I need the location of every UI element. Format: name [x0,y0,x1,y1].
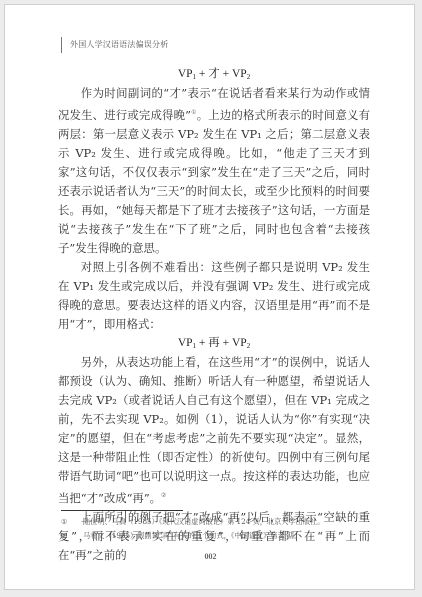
page-number: 002 [5,552,416,561]
footnote-1: ①陆俭明、马真（1985）《现代汉语虚词散论》第 124 页，北京大学出版社。 [61,515,381,529]
running-header: 外国人学汉语语法偏误分析 [61,37,168,53]
footnote-ref-2[interactable]: ② [161,492,166,499]
paragraph-3: 另外，从表达功能上看，在这些用“才”的误例中，说话人都预设（认为、确知、推断）听… [58,353,370,508]
footnote-2: ②马希文（1985）跟副词“再”有关的几个句式，《中国语文》第 2 期。 [61,529,381,543]
footnote-mark: ② [61,529,83,543]
document-page: 外国人学汉语语法偏误分析 VP1 + 才 + VP2 作为时间副词的“才”表示“… [4,4,415,590]
footnotes: ①陆俭明、马真（1985）《现代汉语虚词散论》第 124 页，北京大学出版社。 … [61,515,381,543]
body-text: VP1 + 才 + VP2 作为时间副词的“才”表示“在说话者看来某行为动作或情… [58,65,370,565]
footnote-mark: ① [61,515,83,529]
paragraph-2: 对照上引各例不难看出：这些例子都只是说明 VP₂ 发生在 VP₁ 发生或完成以后… [58,258,370,334]
formula-zai: VP1 + 再 + VP2 [58,334,370,353]
paragraph-1: 作为时间副词的“才”表示“在说话者看来某行为动作或情况发生、进行或完成得晚”①。… [58,84,370,258]
footnote-divider [61,510,183,511]
formula-cai: VP1 + 才 + VP2 [58,65,370,84]
